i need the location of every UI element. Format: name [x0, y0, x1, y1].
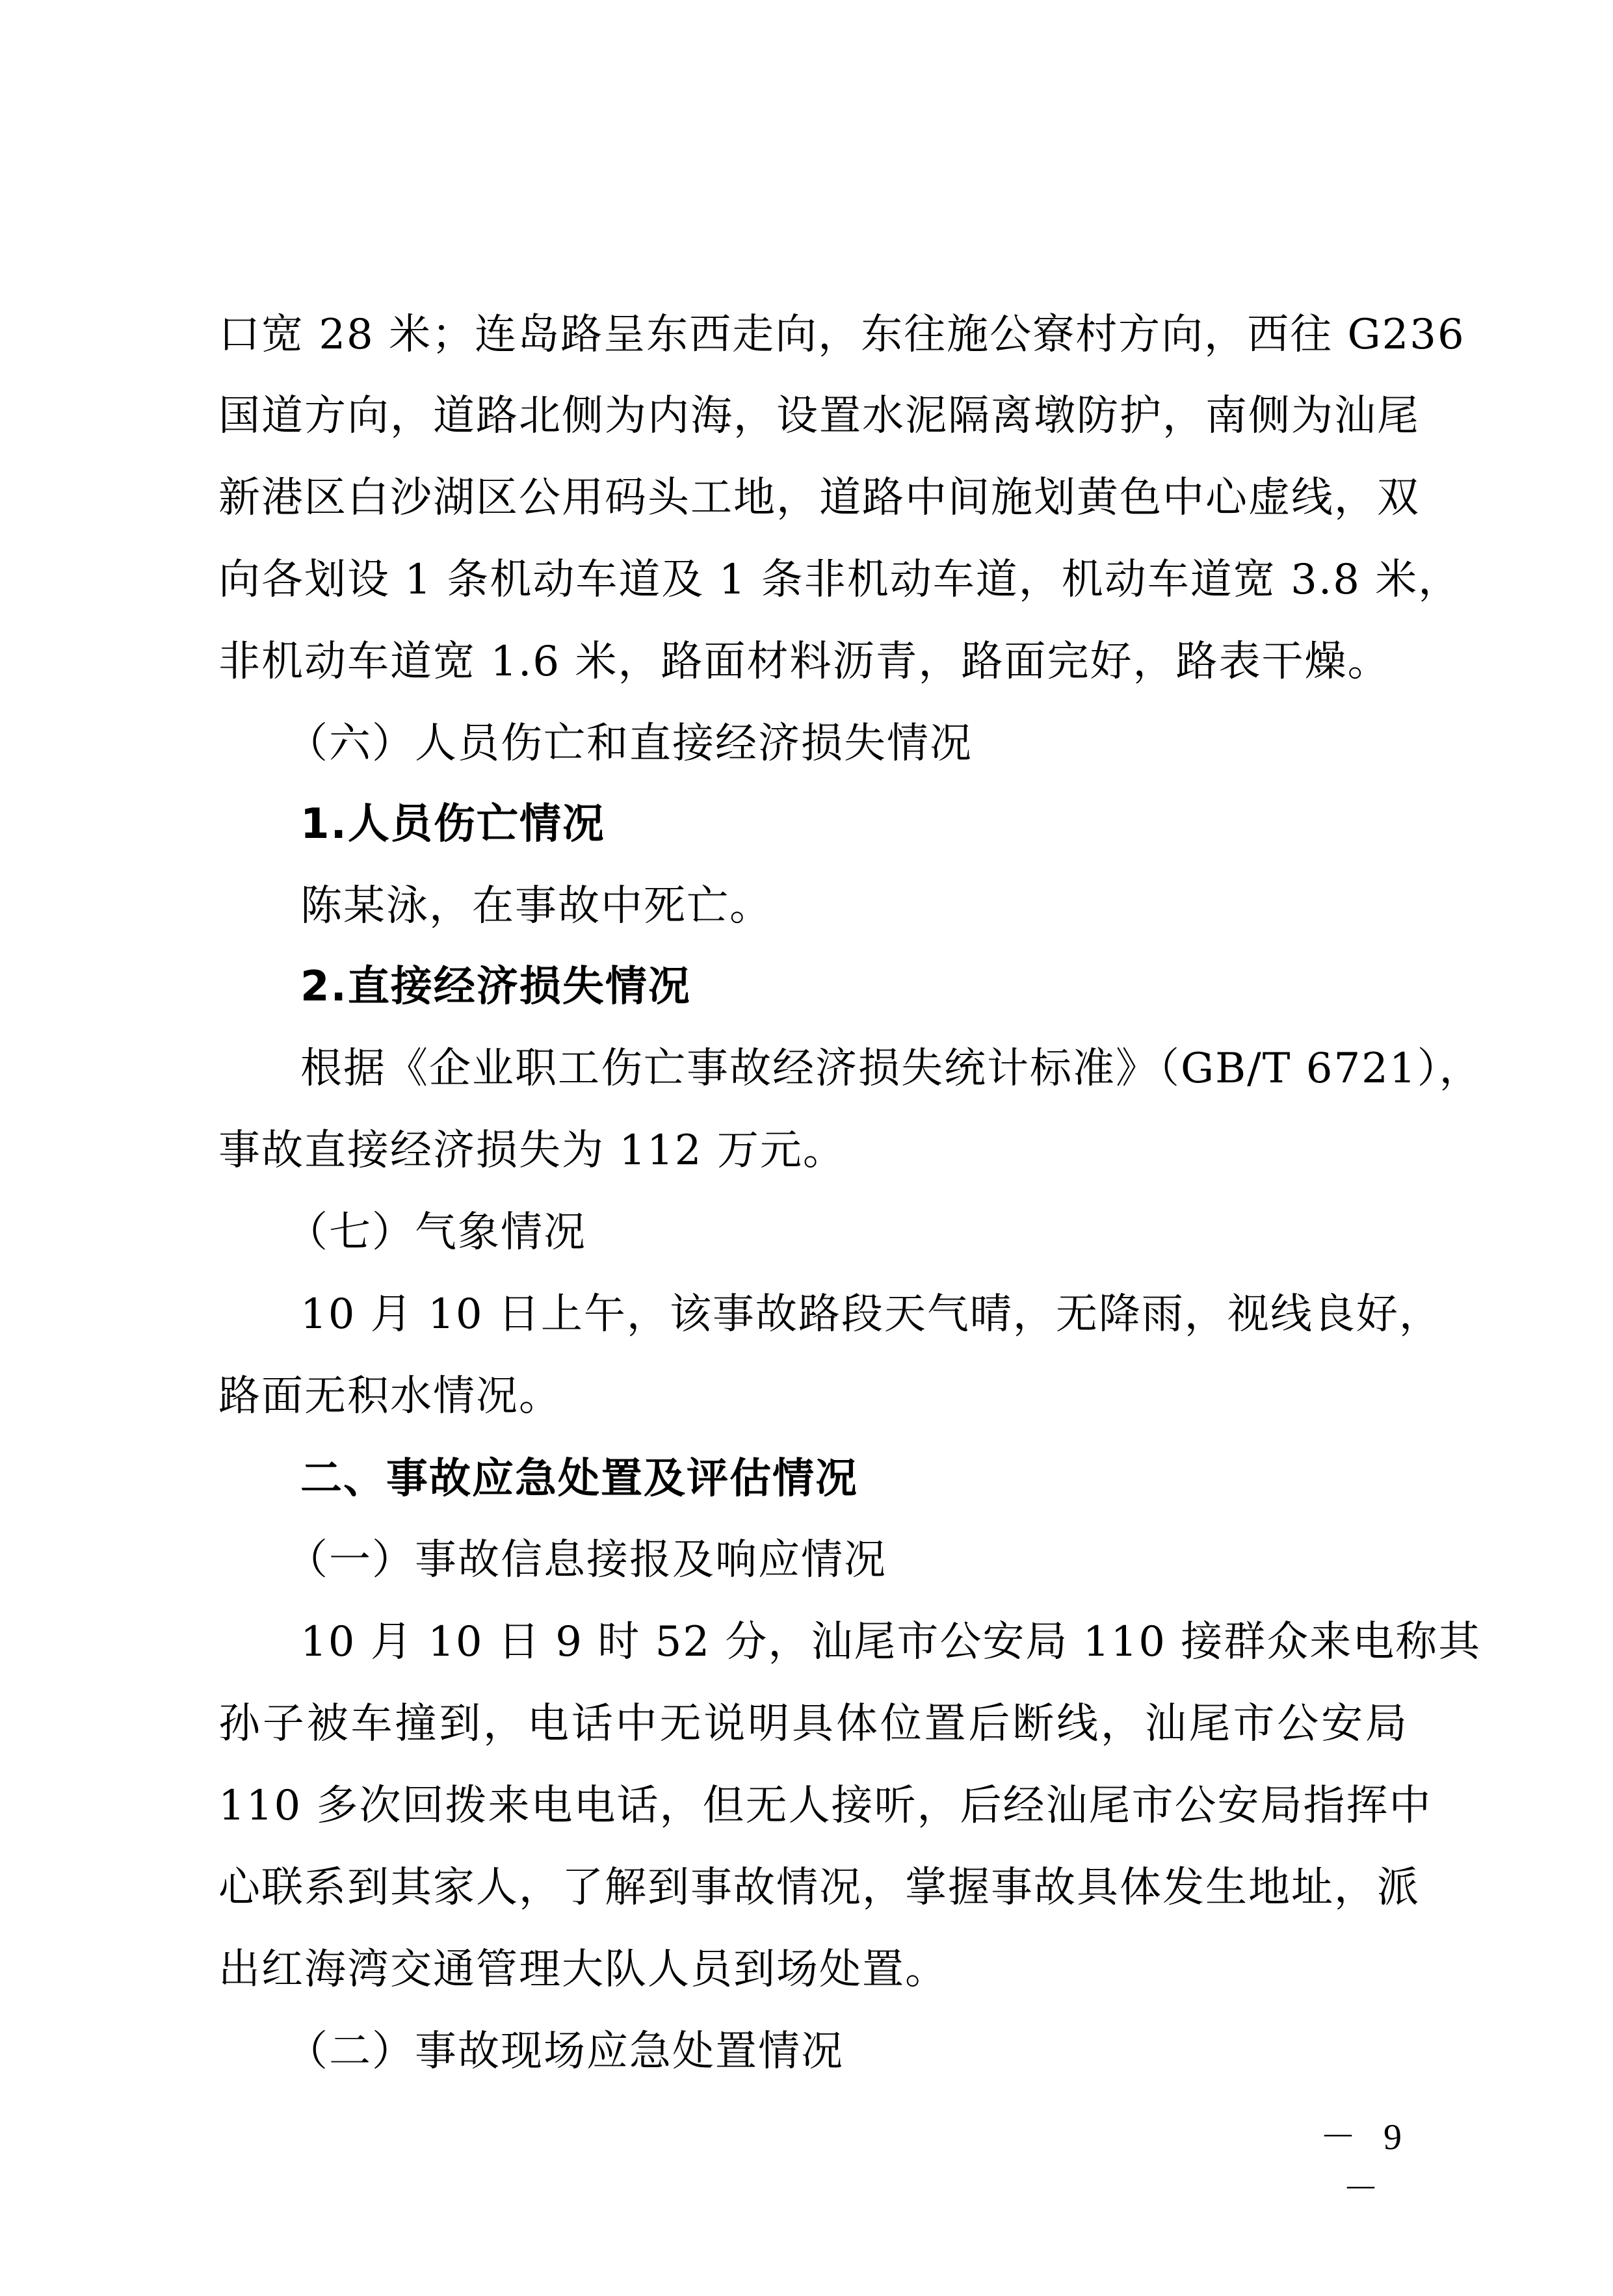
body-text-line: 10 月 10 日上午，该事故路段天气晴，无降雨，视线良好，: [300, 1282, 1408, 1347]
section-heading: （六）人员伤亡和直接经济损失情况: [286, 711, 1394, 776]
body-text-line: 根据《企业职工伤亡事故经济损失统计标准》（GB/T 6721），: [300, 1036, 1408, 1101]
section-heading: （二）事故现场应急处置情况: [286, 2019, 1394, 2084]
body-text-line: 出红海湾交通管理大队人员到场处置。: [218, 1937, 1408, 2002]
body-text-line: 陈某泳，在事故中死亡。: [300, 874, 1408, 939]
body-text-line: 110 多次回拨来电电话，但无人接听，后经汕尾市公安局指挥中: [218, 1773, 1408, 1838]
body-text-line: 新港区白沙湖区公用码头工地，道路中间施划黄色中心虚线，双: [218, 465, 1408, 530]
body-text-line: 口宽 28 米；连岛路呈东西走向，东往施公寮村方向，西往 G236: [218, 302, 1408, 367]
body-text-line: 事故直接经济损失为 112 万元。: [218, 1118, 1408, 1183]
subsection-heading: 2.直接经济损失情况: [300, 954, 1408, 1019]
body-text-line: 非机动车道宽 1.6 米，路面材料沥青，路面完好，路表干燥。: [218, 629, 1408, 694]
section-heading: （七）气象情况: [286, 1200, 1394, 1265]
section-heading: （一）事故信息接报及响应情况: [286, 1528, 1394, 1593]
body-text-line: 路面无积水情况。: [218, 1364, 1408, 1429]
body-text-line: 国道方向，道路北侧为内海，设置水泥隔离墩防护，南侧为汕尾: [218, 384, 1408, 449]
body-text-line: 向各划设 1 条机动车道及 1 条非机动车道，机动车道宽 3.8 米，: [218, 547, 1408, 612]
page-number: － 9 －: [1313, 2111, 1417, 2163]
body-text-line: 心联系到其家人，了解到事故情况，掌握事故具体发生地址，派: [218, 1855, 1408, 1920]
body-text-line: 10 月 10 日 9 时 52 分，汕尾市公安局 110 接群众来电称其: [300, 1610, 1408, 1675]
body-text-line: 孙子被车撞到，电话中无说明具体位置后断线，汕尾市公安局: [218, 1691, 1408, 1756]
chapter-heading: 二、事故应急处置及评估情况: [300, 1446, 1408, 1511]
document-page: 口宽 28 米；连岛路呈东西走向，东往施公寮村方向，西往 G236 国道方向，道…: [0, 0, 1613, 2296]
subsection-heading: 1.人员伤亡情况: [300, 792, 1408, 857]
